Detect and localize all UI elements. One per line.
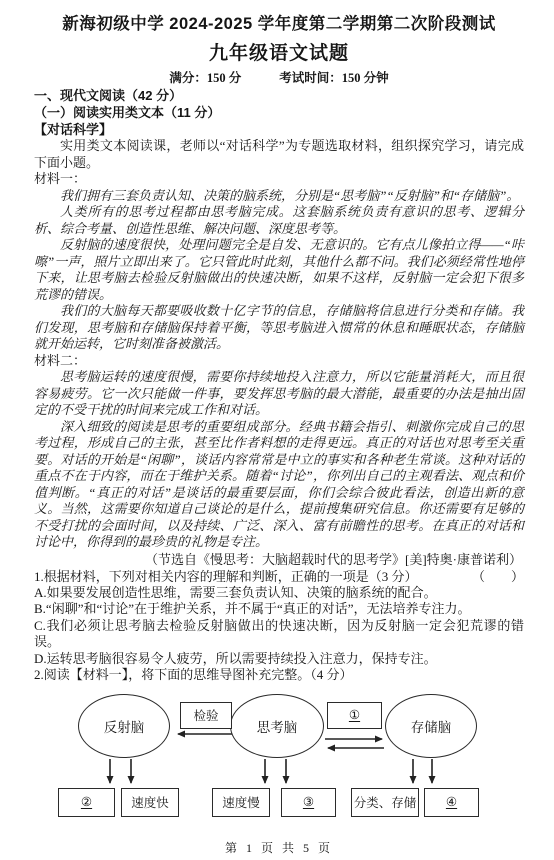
question1-row: 1.根据材料，下列对相关内容的理解和判断，正确的一项是（3 分） （ ） [34,568,524,585]
material1-label: 材料一： [34,171,524,188]
node-reflex-brain: 反射脑 [78,694,170,758]
material2-para-2: 深入细致的阅读是思考的重要组成部分。经典书籍会指引、刺激你完成自己的思考过程，形… [34,419,524,551]
exam-paper-page: 新海初级中学 2024-2025 学年度第二学期第二次阶段测试 九年级语文试题 … [0,0,554,860]
leaf-blank-2: ② [58,788,115,817]
q1-option-c: C.我们必须让思考脑去检验反射脑做出的快速决断，因为反射脑一定会犯荒谬的错误。 [34,618,524,651]
leaf-speed-fast: 速度快 [121,788,179,817]
source-attribution: （节选自《慢思考：大脑超载时代的思考学》[美]特奥·康普诺利） [34,551,524,568]
section-heading: 一、现代文阅读（42 分） [34,87,524,104]
exam-time-label: 考试时间：150 分钟 [279,71,388,85]
material2-para-1: 思考脑运转的速度很慢，需要你持续地投入注意力，所以它能量消耗大，而且很容易疲劳。… [34,369,524,419]
q1-option-b: B.“闲聊”和“讨论”在于维护关系，并不属于“真正的对话”，无法培养专注力。 [34,601,524,618]
intro-paragraph: 实用类文本阅读课，老师以“对话科学”为专题选取材料，组织探究学习，请完成下面小题… [34,138,524,171]
question1-answer-bracket: （ ） [472,568,524,585]
box-check-label: 检验 [180,702,232,729]
material1-para-4: 我们的大脑每天都要吸收数十亿字节的信息，存储脑将信息进行分类和存储。我们发现，思… [34,303,524,353]
subsection-heading: （一）阅读实用类文本（11 分） [34,104,524,121]
q1-option-a: A.如果要发展创造性思维，需要三套负责认知、决策的脑系统的配合。 [34,585,524,602]
box-blank-1: ① [327,702,382,729]
q1-option-d: D.运转思考脑很容易令人疲劳，所以需要持续投入注意力，保持专注。 [34,651,524,668]
mindmap-diagram: 反射脑 思考脑 存储脑 检验 ① ② 速度快 速度慢 ③ 分类、存储 ④ [0,692,554,824]
material2-label: 材料二： [34,353,524,370]
doc-title: 新海初级中学 2024-2025 学年度第二学期第二次阶段测试 [34,12,524,36]
leaf-classify-store: 分类、存储 [351,788,419,817]
node-storage-brain: 存储脑 [385,694,477,758]
full-score-label: 满分：150 分 [169,71,241,85]
leaf-speed-slow: 速度慢 [212,788,270,817]
doc-subtitle: 九年级语文试题 [34,41,524,67]
exam-meta: 满分：150 分考试时间：150 分钟 [34,70,524,87]
page-footer: 第 1 页 共 5 页 [34,840,524,856]
material1-para-3: 反射脑的速度很快，处理问题完全是自发、无意识的。它有点儿像拍立得——“咔嚓”一声… [34,237,524,303]
question2-stem: 2.阅读【材料一】，将下面的思维导图补充完整。（4 分） [34,667,524,684]
node-thinking-brain: 思考脑 [230,694,324,758]
material1-para-1: 我们拥有三套负责认知、决策的脑系统，分别是“思考脑”“反射脑”和“存储脑”。 [34,188,524,205]
topic-tag: 【对话科学】 [34,121,524,138]
leaf-blank-4: ④ [424,788,479,817]
material1-para-2: 人类所有的思考过程都由思考脑完成。这套脑系统负责有意识的思考、逻辑分析、综合考量… [34,204,524,237]
leaf-blank-3: ③ [281,788,336,817]
question1-stem: 1.根据材料，下列对相关内容的理解和判断，正确的一项是（3 分） [34,568,418,585]
